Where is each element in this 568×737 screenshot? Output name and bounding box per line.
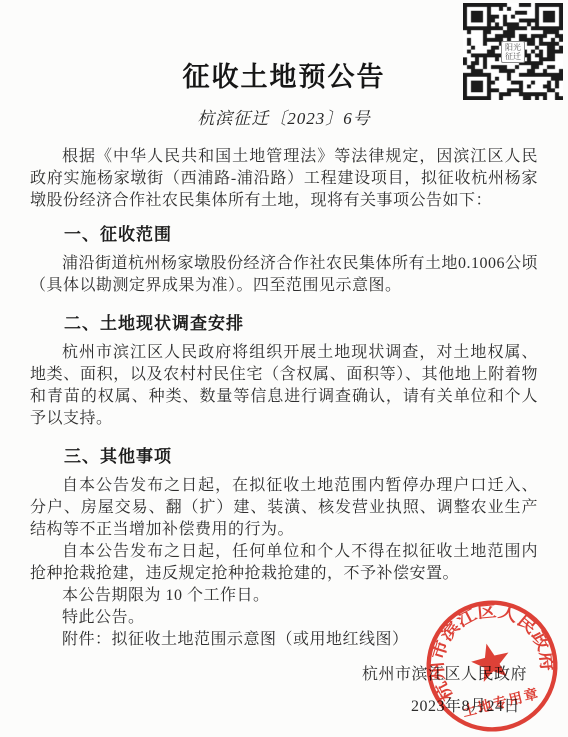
intro-paragraph: 根据《中华人民共和国土地管理法》等法律规定，因滨江区人民政府实施杨家墩街（西浦路… [30, 146, 538, 212]
document-number: 杭滨征迁〔2023〕6号 [0, 108, 568, 130]
document-body: 根据《中华人民共和国土地管理法》等法律规定，因滨江区人民政府实施杨家墩街（西浦路… [0, 130, 568, 718]
announcement-document: 阳光 征迁 征收土地预公告 杭滨征迁〔2023〕6号 根据《中华人民共和国土地管… [0, 0, 568, 737]
section-3-heading: 三、其他事项 [30, 446, 538, 468]
qr-code: 阳光 征迁 [463, 3, 563, 100]
signature-date: 2023年8月24日 [30, 696, 538, 718]
section-2-paragraph: 杭州市滨江区人民政府将组织开展土地现状调查，对土地权属、地类、面积，以及农村村民… [30, 342, 538, 430]
section-3-paragraph-4: 特此公告。 [30, 607, 538, 629]
signature-issuer: 杭州市滨江区人民政府 [30, 664, 538, 686]
qr-label-line1: 阳光 [505, 43, 521, 52]
section-2-heading: 二、土地现状调查安排 [30, 313, 538, 335]
section-1-heading: 一、征收范围 [30, 224, 538, 246]
section-3-paragraph-1: 自本公告发布之日起，在拟征收土地范围内暂停办理户口迁入、分户、房屋交易、翻（扩）… [30, 475, 538, 541]
signature-block: 杭州市滨江区人民政府 2023年8月24日 [30, 664, 538, 718]
attachment-note: 附件：拟征收土地范围示意图（或用地红线图） [30, 629, 538, 651]
qr-label-line2: 征迁 [505, 52, 521, 61]
section-3-paragraph-2: 自本公告发布之日起，任何单位和个人不得在拟征收土地范围内抢种抢栽抢建，违反规定抢… [30, 541, 538, 585]
section-3-paragraph-3: 本公告期限为 10 个工作日。 [30, 585, 538, 607]
qr-center-label: 阳光 征迁 [501, 41, 525, 63]
section-1-paragraph: 浦沿街道杭州杨家墩股份经济合作社农民集体所有土地0.1006公顷（具体以勘测定界… [30, 253, 538, 297]
